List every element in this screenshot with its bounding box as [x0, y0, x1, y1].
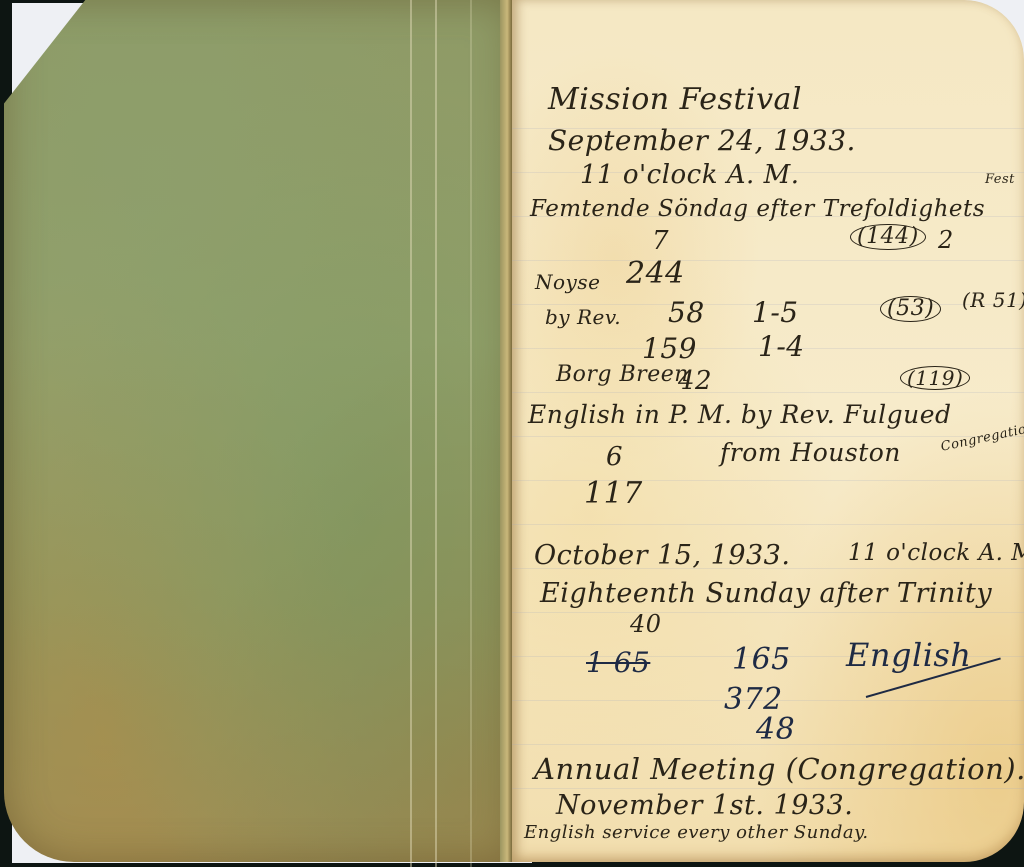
page-rule: [512, 524, 1024, 525]
page-rule: [512, 260, 1024, 261]
entry-time: 11 o'clock A. M.: [848, 540, 1024, 566]
entry-occasion-superscript: Fest: [985, 172, 1015, 187]
circled-number: (144): [850, 224, 926, 250]
circled-number: (119): [900, 366, 970, 390]
notebook-spine: [500, 0, 512, 862]
line-note: (R 51): [962, 288, 1024, 312]
entry-title: Mission Festival: [548, 82, 802, 117]
english-service-line: English in P. M. by Rev. Fulgued: [528, 400, 952, 429]
hymn-number: 2: [938, 226, 954, 254]
page-rule: [512, 436, 1024, 437]
line-label: by Rev.: [545, 305, 621, 329]
entry-date: September 24, 1933.: [548, 124, 856, 157]
entry-occasion: Femtende Söndag efter Trefoldighets: [530, 196, 985, 222]
hymn-number: 7: [652, 226, 669, 256]
attendance-number: 6: [606, 442, 623, 472]
attendance-number: 165: [732, 642, 791, 677]
entry-date: November 1st. 1933.: [556, 790, 853, 821]
cover-crease: [410, 0, 412, 867]
entry-time: 11 o'clock A. M.: [580, 160, 799, 190]
entry-title: Annual Meeting (Congregation).: [534, 752, 1024, 786]
language-label: English: [846, 636, 971, 674]
page-rule: [512, 612, 1024, 613]
line-label: Borg Breen: [556, 362, 689, 387]
attendance-number: 117: [584, 476, 643, 511]
line-range: 1-4: [758, 330, 805, 363]
line-value: 58: [668, 296, 705, 329]
entry-note: English service every other Sunday.: [524, 822, 869, 843]
page-rule: [512, 392, 1024, 393]
cover-crease: [435, 0, 437, 867]
cover-crease: [470, 0, 472, 867]
line-range: 1-5: [752, 296, 799, 329]
page-rule: [512, 788, 1024, 789]
circled-total: (53): [880, 296, 941, 322]
hymn-number: 40: [630, 610, 662, 638]
circled-total: (119): [900, 366, 970, 390]
line-value: 244: [626, 256, 685, 291]
english-service-origin: from Houston: [720, 438, 901, 467]
entry-occasion: Eighteenth Sunday after Trinity: [540, 578, 992, 609]
line-label: Noyse: [535, 270, 600, 294]
line-value: 159: [642, 332, 697, 365]
entry-date: October 15, 1933.: [534, 540, 790, 571]
attendance-number: 48: [756, 712, 795, 747]
struck-number: 1 65: [586, 646, 650, 679]
hymn-circled: (144): [850, 224, 926, 250]
line-value: 42: [678, 366, 712, 396]
circled-number: (53): [880, 296, 941, 322]
